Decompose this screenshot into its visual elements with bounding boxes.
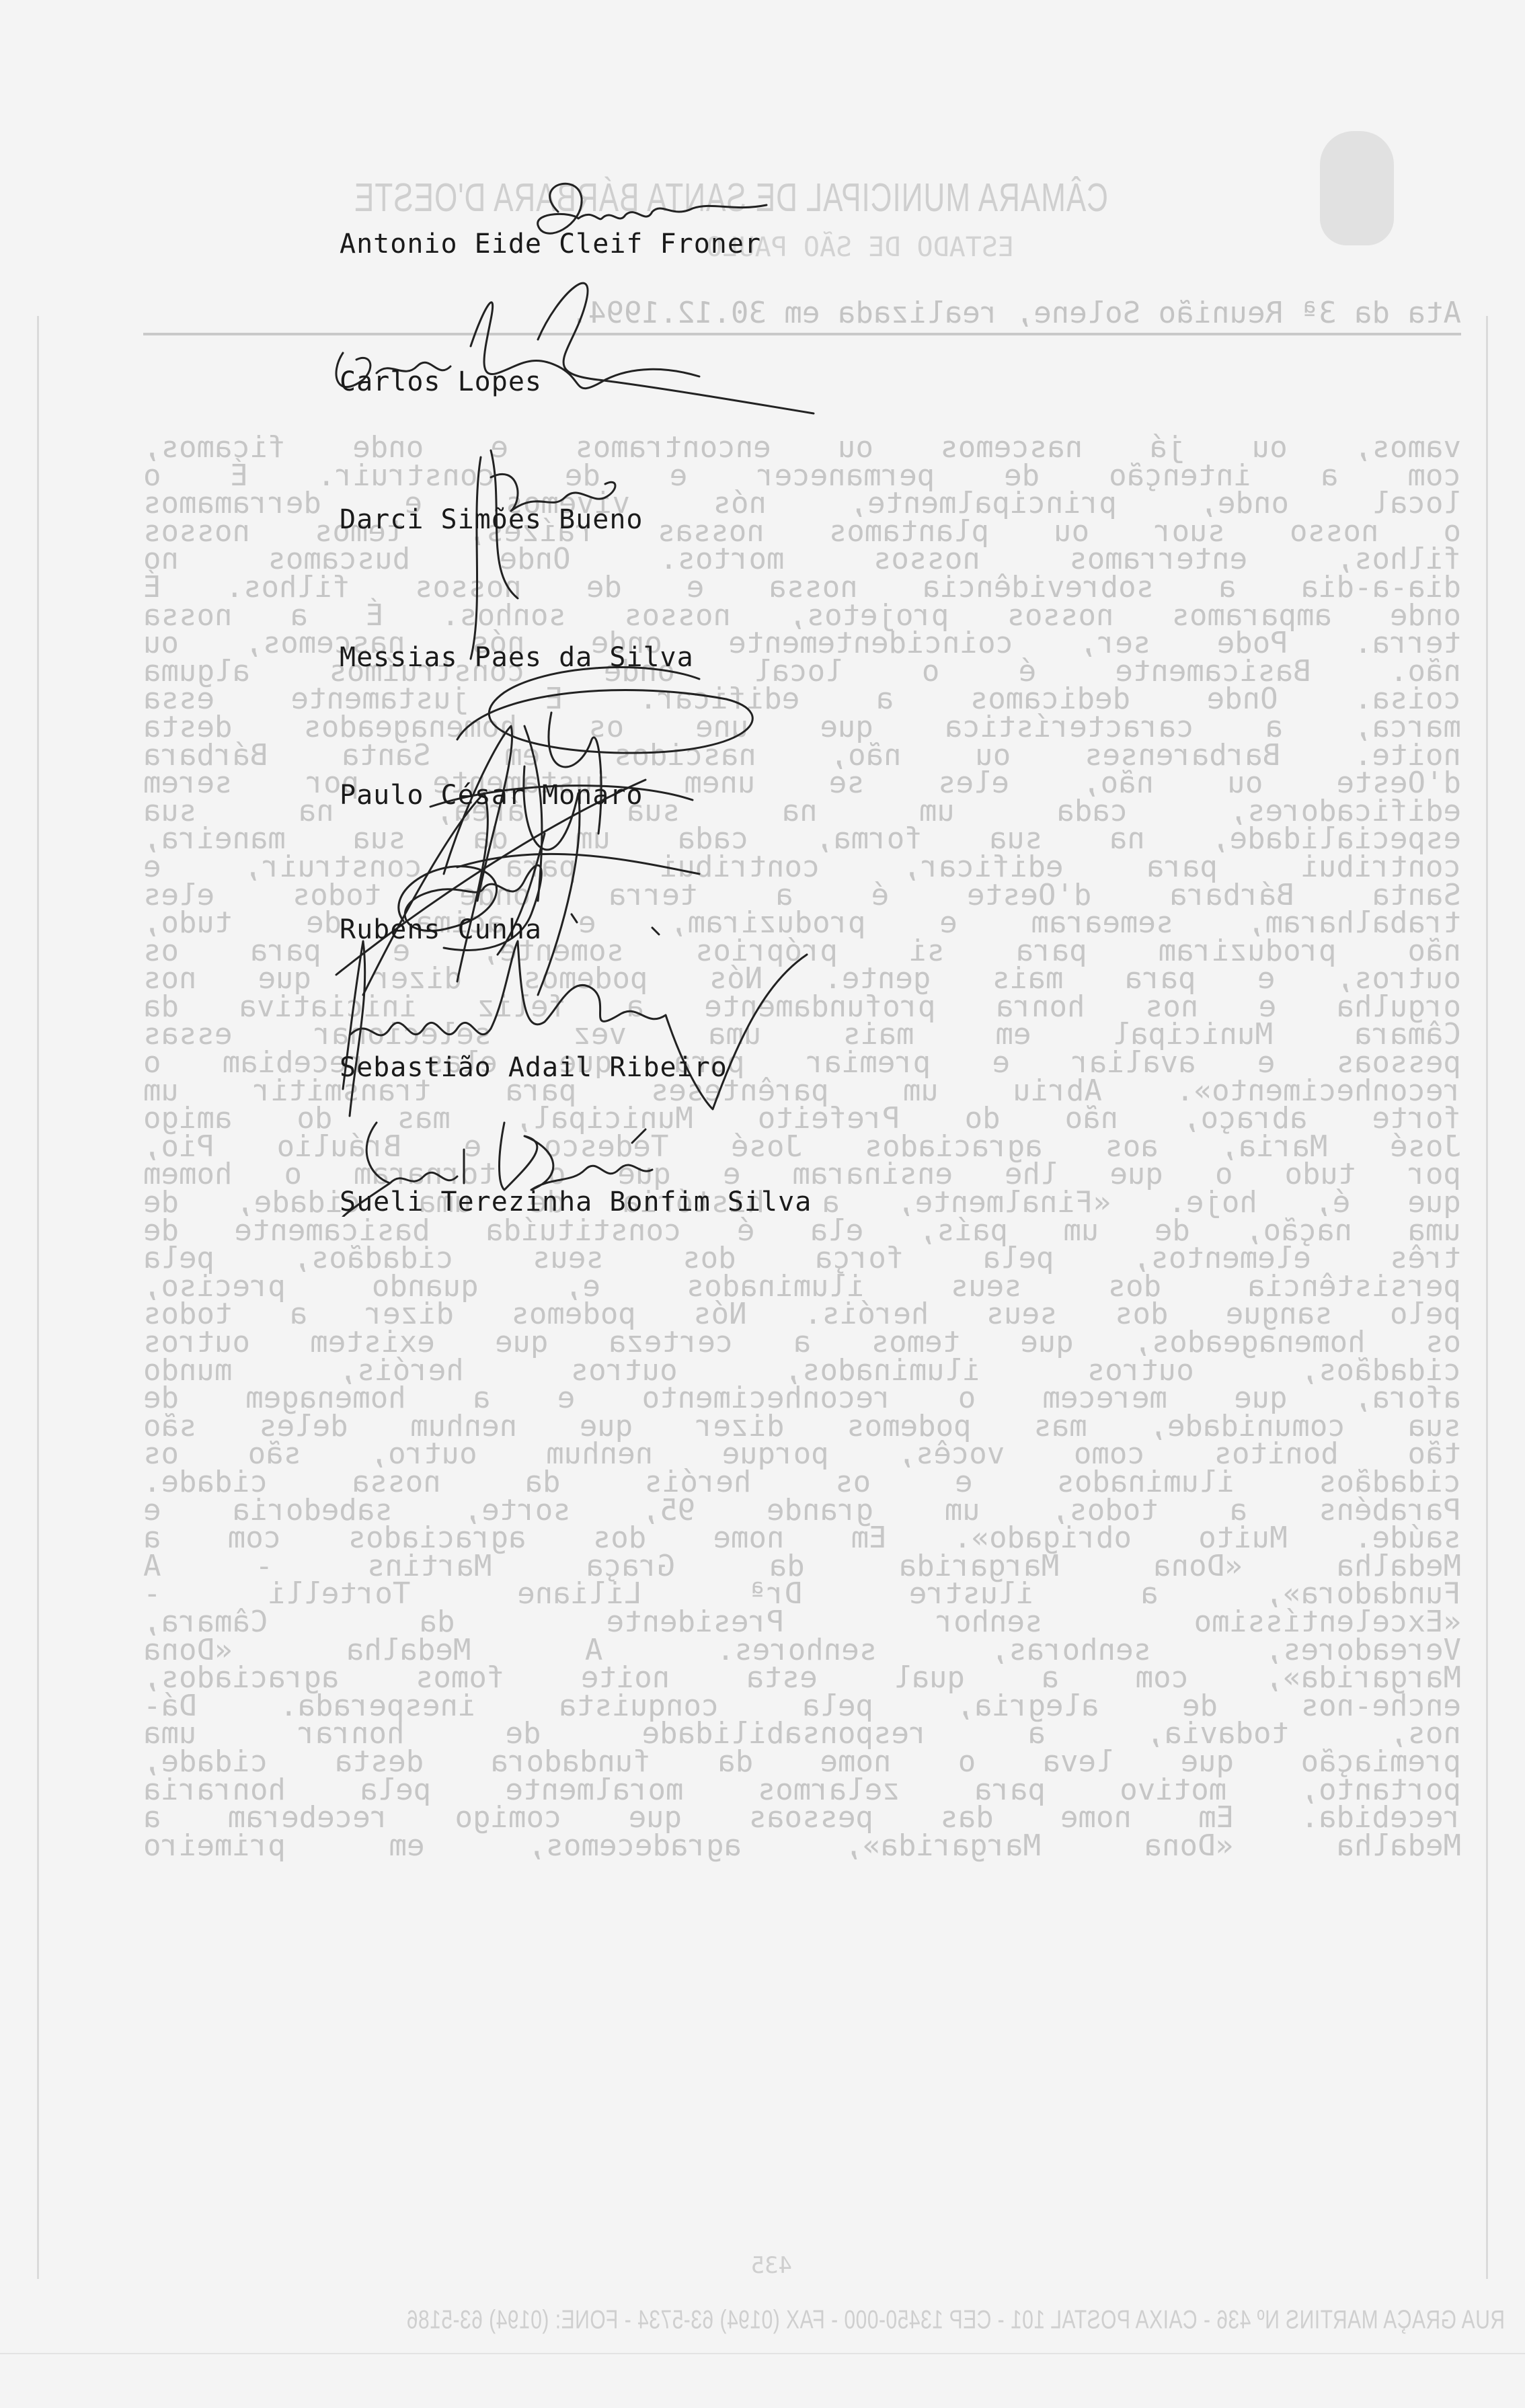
document-page: CÂMARA MUNICIPAL DE SANTA BÁRBARA D'OEST… [0,0,1525,2408]
signatory-name: Darci Simões Bueno [340,504,643,535]
signatory-name: Carlos Lopes [340,366,542,397]
signature-carlos-lopes [316,266,827,434]
signatory-name: Sebastião Adail Ribeiro [340,1052,728,1083]
signatory-name: Antonio Eide Cleif Froner [340,229,761,259]
signatory-name: Messias Paes da Silva [340,642,694,673]
signatory-name: Rubens Cunha [340,914,542,945]
signature-darci-bueno [444,437,793,773]
signatory-name: Sueli Terezinha Bonfim Silva [340,1187,812,1217]
scan-edge-line [0,2353,1525,2354]
signatory-name: Paulo César Monaro [340,780,643,811]
signature-block: Antonio Eide Cleif Froner Carlos Lopes D… [0,0,1525,2408]
